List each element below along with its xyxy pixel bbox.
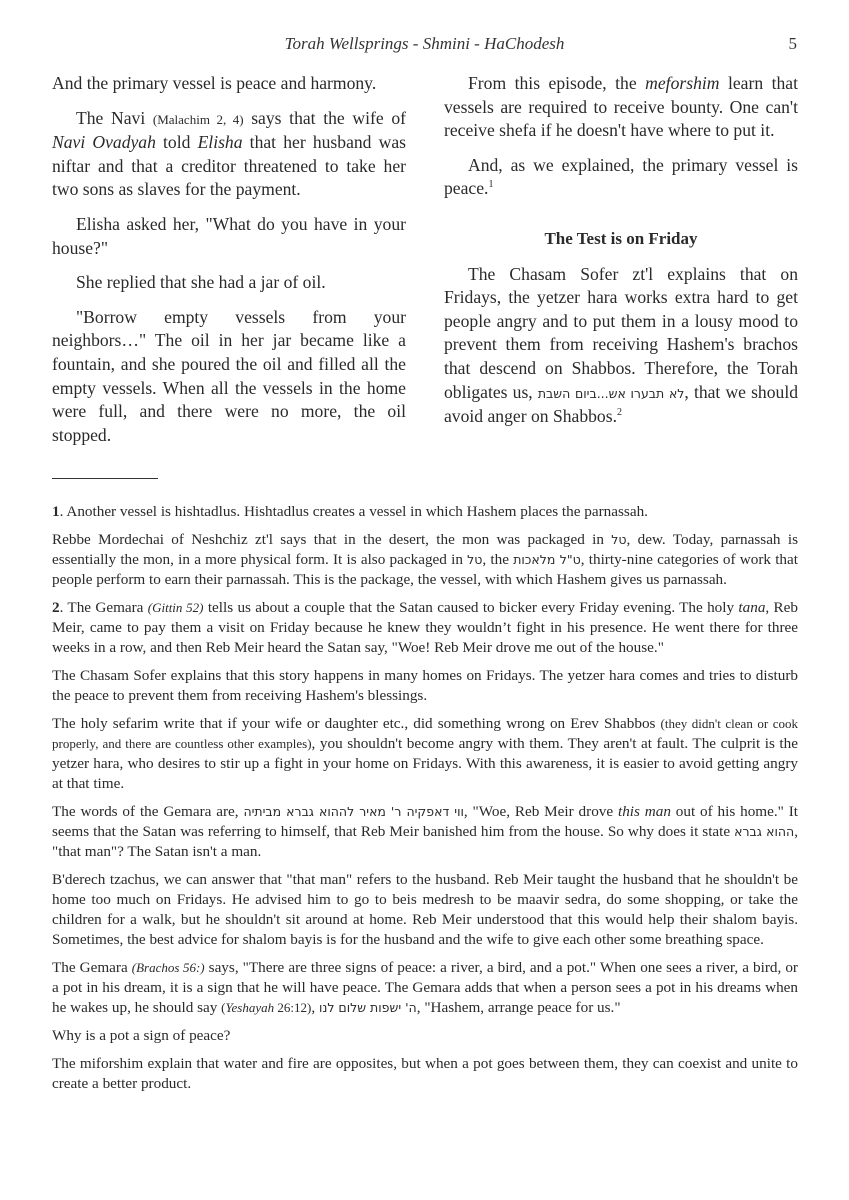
footnote-paragraph: The Chasam Sofer explains that this stor… xyxy=(52,666,798,706)
citation: (Malachim 2, 4) xyxy=(153,112,244,127)
footnote-divider xyxy=(52,478,158,479)
page-number: 5 xyxy=(789,34,798,54)
paragraph: And, as we explained, the primary vessel… xyxy=(444,154,798,201)
footnote-2: 2. The Gemara (Gittin 52) tells us about… xyxy=(52,598,798,658)
section-heading: The Test is on Friday xyxy=(444,227,798,251)
footnote-paragraph: The miforshim explain that water and fir… xyxy=(52,1054,798,1094)
paragraph: She replied that she had a jar of oil. xyxy=(52,271,406,295)
footnote-paragraph: Why is a pot a sign of peace? xyxy=(52,1026,798,1046)
paragraph: And the primary vessel is peace and harm… xyxy=(52,72,406,96)
footnote-paragraph: B'derech tzachus, we can answer that "th… xyxy=(52,870,798,950)
footnote-paragraph: Rebbe Mordechai of Neshchiz zt'l says th… xyxy=(52,530,798,590)
footnote-paragraph: The Gemara (Brachos 56:) says, "There ar… xyxy=(52,958,798,1018)
footnote-1: 1. Another vessel is hishtadlus. Hishtad… xyxy=(52,502,798,522)
paragraph: The Navi (Malachim 2, 4) says that the w… xyxy=(52,107,406,202)
footnotes: 1. Another vessel is hishtadlus. Hishtad… xyxy=(52,502,798,1102)
paragraph: "Borrow empty vessels from your neighbor… xyxy=(52,306,406,448)
book-title: Torah Wellsprings - Shmini - HaChodesh xyxy=(0,34,849,54)
hebrew-quote: לא תבערו אש...ביום השבת xyxy=(538,386,685,401)
footnote-ref-1[interactable]: 1 xyxy=(488,180,493,191)
right-column: From this episode, the meforshim learn t… xyxy=(444,72,798,440)
paragraph: From this episode, the meforshim learn t… xyxy=(444,72,798,143)
footnote-paragraph: The words of the Gemara are, ווי דאפקיה … xyxy=(52,802,798,862)
paragraph: The Chasam Sofer zt'l explains that on F… xyxy=(444,263,798,429)
running-header: Torah Wellsprings - Shmini - HaChodesh 5 xyxy=(0,34,849,56)
left-column: And the primary vessel is peace and harm… xyxy=(52,72,406,458)
footnote-ref-2[interactable]: 2 xyxy=(617,407,622,418)
paragraph: Elisha asked her, "What do you have in y… xyxy=(52,213,406,260)
footnote-paragraph: The holy sefarim write that if your wife… xyxy=(52,714,798,794)
